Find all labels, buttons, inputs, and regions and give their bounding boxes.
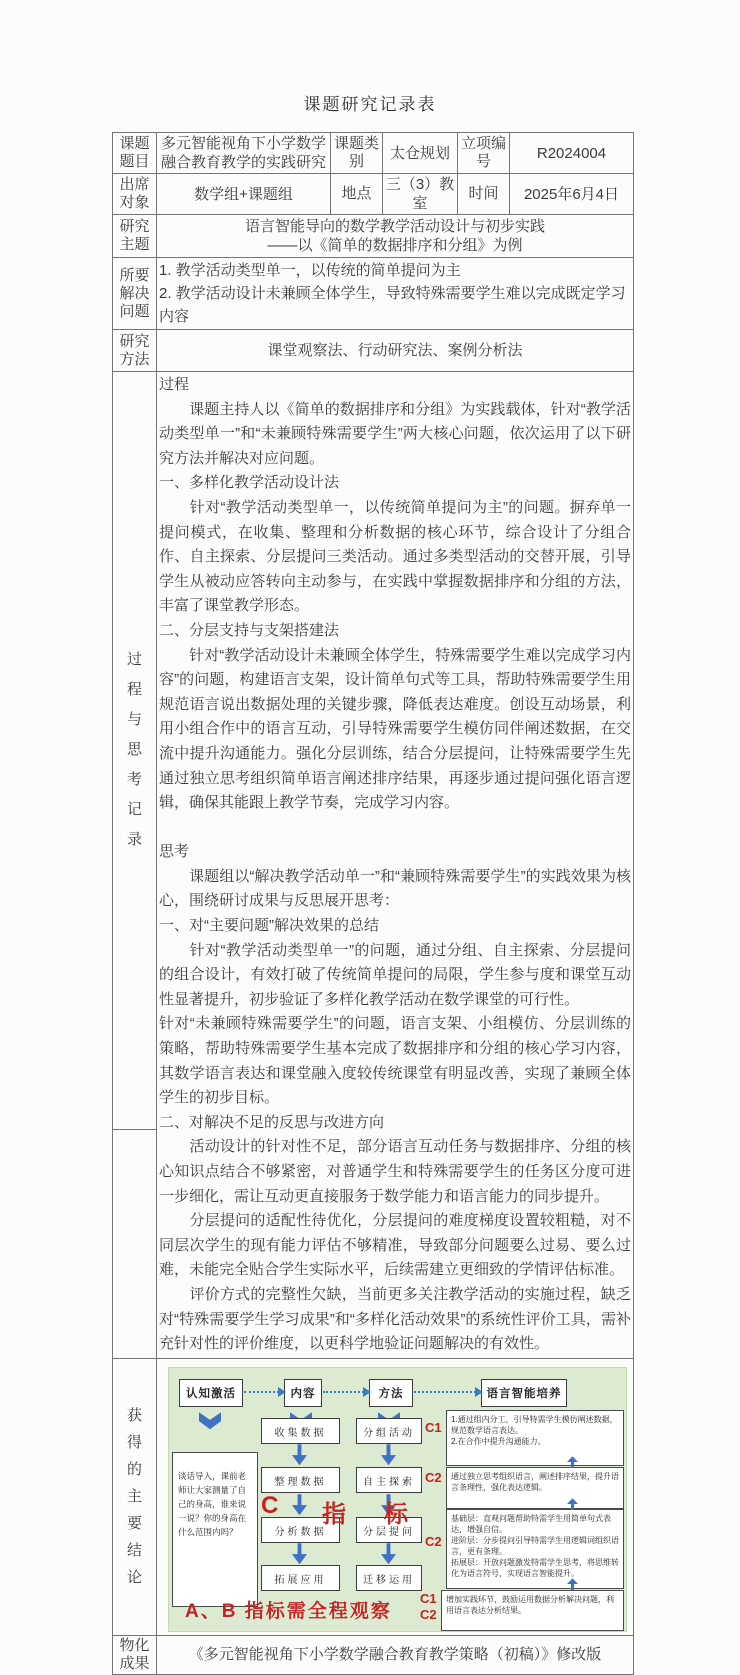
conclusions-diagram-cell: 认知激活 内容 方法 语言智能培养 谈话导入，课前老师让大家测量了自己的身高，谁…	[157, 1358, 634, 1635]
process-record-text: 过程 课题主持人以《简单的数据排序和分组》为实践载体，针对“教学活动类型单一”和…	[157, 372, 634, 1359]
dotted-arrow-icon	[323, 1391, 364, 1393]
note-box-1: 1.通过组内分工，引导特需学生模仿阐述数据，规范数学语言表达。 2.在合作中提升…	[446, 1410, 624, 1466]
step-self-explore: 自主探索	[356, 1467, 422, 1493]
label-methods: 研究方法	[113, 330, 157, 372]
overlay-char-biao: 标	[384, 1494, 408, 1529]
value-project-number: R2024004	[510, 133, 634, 174]
indicator-c1: C1	[425, 1420, 442, 1435]
down-arrow-icon	[292, 1444, 307, 1465]
value-problems: 1. 教学活动类型单一，以传统的简单提问为主 2. 教学活动设计未兼顾全体学生，…	[157, 258, 634, 330]
value-location: 三（3）教室	[383, 174, 458, 215]
note-box-4: 增加实践环节，鼓励运用数据分析解决问题，利用语言表达分析结果。	[441, 1590, 624, 1631]
label-problems: 所要解决问题	[113, 258, 157, 330]
value-methods: 课堂观察法、行动研究法、案例分析法	[157, 330, 634, 372]
research-record-table: 课题题目 多元智能视角下小学数学融合教育教学的实践研究 课题类别 太仓规划 立项…	[112, 132, 634, 1675]
indicator-c2: C2	[425, 1470, 442, 1485]
label-research-theme: 研究主题	[113, 215, 157, 258]
overlay-letter-c: C	[261, 1492, 278, 1520]
dotted-arrow-icon	[244, 1391, 279, 1393]
down-arrow-icon	[292, 1543, 307, 1564]
label-main-conclusions: 获得的主要结论	[113, 1358, 157, 1635]
value-attendees: 数学组+课题组	[157, 174, 331, 215]
footer-observation-note: A、B 指标需全程观察	[185, 1596, 392, 1623]
page-title: 课题研究记录表	[0, 0, 740, 115]
down-arrow-icon	[381, 1444, 396, 1465]
indicator-c1: C1	[420, 1591, 437, 1606]
table-row: 出席对象 数学组+课题组 地点 三（3）教室 时间 2025年6月4日	[113, 174, 634, 215]
label-material-outcome: 物化成果	[113, 1635, 157, 1674]
intro-dialogue-box: 谈话导入，课前老师让大家测量了自己的身高，谁来说一说？你的身高在什么范围内吗？	[172, 1452, 258, 1607]
indicator-c2: C2	[425, 1534, 442, 1549]
research-theme-line1: 语言智能导向的数学教学活动设计与初步实践	[159, 217, 631, 236]
step-collect-data: 收集数据	[261, 1418, 340, 1444]
document-page: 课题研究记录表 课题题目 多元智能视角下小学数学融合教育教学的实践研究 课题类别…	[0, 0, 740, 1675]
step-group-activity: 分组活动	[356, 1418, 422, 1444]
note-box-3: 基础层：直观问题帮助特需学生用简单句式表达，增强自信。 进阶层：分步提问引导特需…	[446, 1509, 624, 1589]
value-time: 2025年6月4日	[510, 174, 634, 215]
table-row: 研究方法 课堂观察法、行动研究法、案例分析法	[113, 330, 634, 372]
note-box-2: 通过独立思考组织语言，阐述排序结果，提升语言条理性，强化表达逻辑。	[446, 1467, 624, 1509]
step-extend-apply: 拓展应用	[261, 1565, 340, 1591]
table-row: 研究主题 语言智能导向的数学教学活动设计与初步实践 ——以《简单的数据排序和分组…	[113, 215, 634, 258]
overlay-char-zhi: 指	[322, 1494, 346, 1529]
down-arrow-icon	[381, 1543, 396, 1564]
chevron-down-icon	[199, 1412, 221, 1429]
problem-item-2: 2. 教学活动设计未兼顾全体学生，导致特殊需要学生难以完成既定学习内容	[159, 282, 631, 328]
down-arrow-icon	[292, 1494, 307, 1515]
flow-header-language-intelligence: 语言智能培养	[481, 1379, 567, 1407]
table-row: 物化成果 《多元智能视角下小学数学融合教育教学策略（初稿）》修改版	[113, 1635, 634, 1674]
label-topic-category: 课题类别	[331, 133, 383, 174]
dotted-arrow-icon	[414, 1391, 476, 1393]
label-time: 时间	[458, 174, 510, 215]
flow-header-method: 方法	[369, 1379, 413, 1407]
indicator-c2: C2	[420, 1607, 437, 1622]
label-attendees: 出席对象	[113, 174, 157, 215]
value-research-theme: 语言智能导向的数学教学活动设计与初步实践 ——以《简单的数据排序和分组》为例	[157, 215, 634, 258]
label-location: 地点	[331, 174, 383, 215]
flowchart-panel: 认知激活 内容 方法 语言智能培养 谈话导入，课前老师让大家测量了自己的身高，谁…	[168, 1367, 627, 1632]
step-transfer-use: 迁移运用	[356, 1565, 422, 1591]
table-row: 课题题目 多元智能视角下小学数学融合教育教学的实践研究 课题类别 太仓规划 立项…	[113, 133, 634, 174]
label-topic-title: 课题题目	[113, 133, 157, 174]
process-record-vertical-label: 过程与思考记录	[127, 645, 143, 855]
table-row: 获得的主要结论 认知激活 内容 方法 语言智能培养	[113, 1358, 634, 1635]
flow-header-cognitive-activation: 认知激活	[179, 1379, 243, 1407]
research-theme-line2: ——以《简单的数据排序和分组》为例	[159, 236, 631, 255]
value-topic-title: 多元智能视角下小学数学融合教育教学的实践研究	[157, 133, 331, 174]
table-row: 所要解决问题 1. 教学活动类型单一，以传统的简单提问为主 2. 教学活动设计未…	[113, 258, 634, 330]
label-project-number: 立项编号	[458, 133, 510, 174]
empty-gutter-cell	[113, 1129, 157, 1358]
label-process-record: 过程与思考记录	[113, 372, 157, 1130]
step-organize-data: 整理数据	[261, 1467, 340, 1493]
problem-item-1: 1. 教学活动类型单一，以传统的简单提问为主	[159, 259, 631, 282]
main-conclusions-vertical-label: 获得的主要结论	[127, 1402, 143, 1591]
table-row: 过程与思考记录 过程 课题主持人以《简单的数据排序和分组》为实践载体，针对“教学…	[113, 372, 634, 1130]
value-topic-category: 太仓规划	[383, 133, 458, 174]
value-material-outcome: 《多元智能视角下小学数学融合教育教学策略（初稿）》修改版	[157, 1635, 634, 1674]
flow-header-content: 内容	[284, 1379, 322, 1407]
